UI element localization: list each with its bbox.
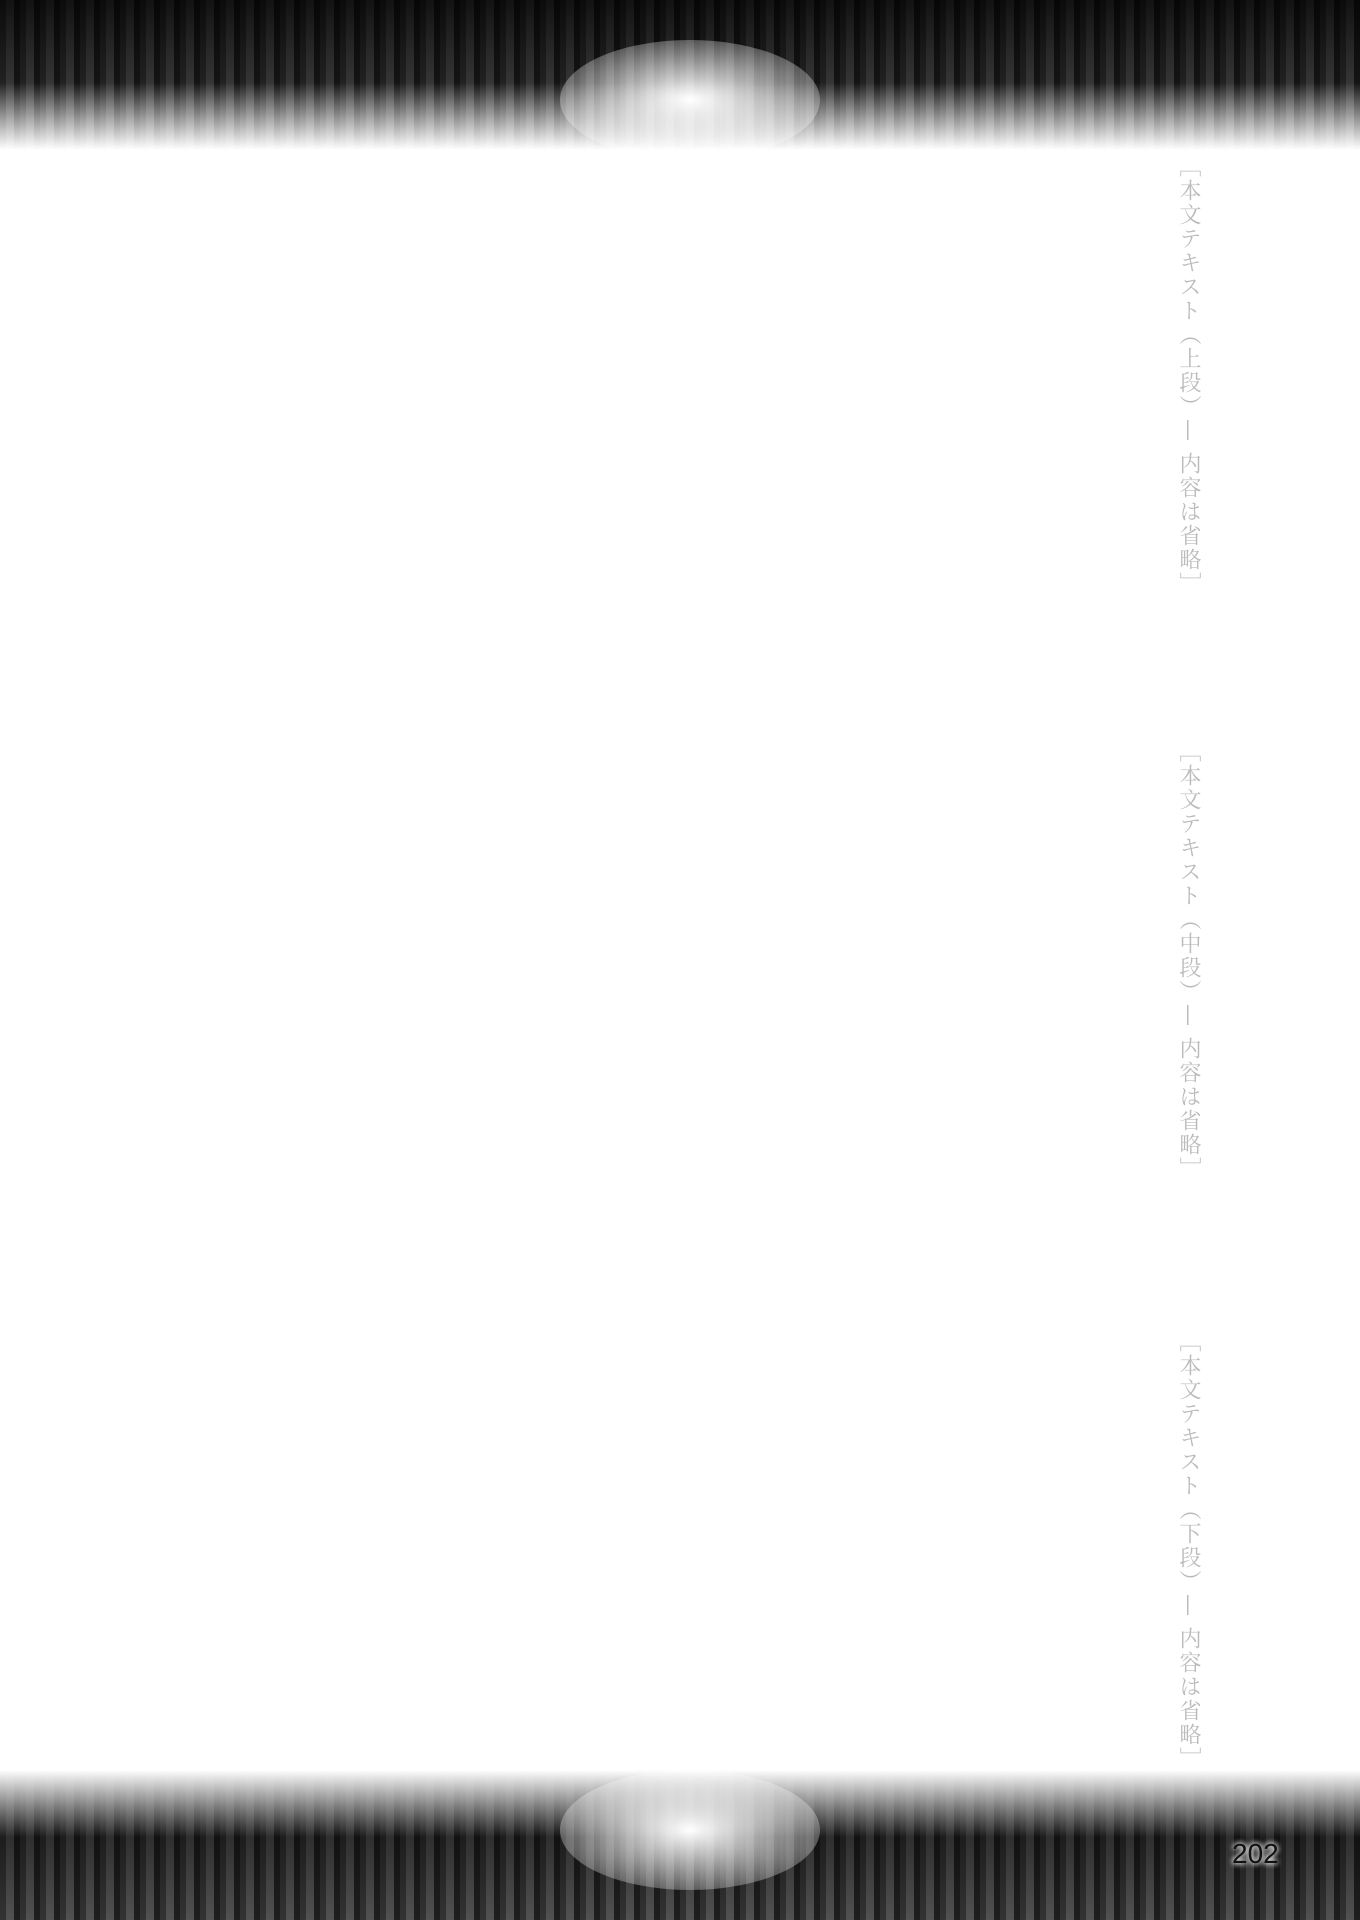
text-tier-upper: ［本文テキスト（上段）— 内容は省略］ [175,155,1205,700]
body-text-placeholder: ［本文テキスト（下段）— 内容は省略］ [1171,1330,1205,1830]
text-tier-middle: ［本文テキスト（中段）— 内容は省略］ [175,740,1205,1285]
header-glow [560,40,820,160]
footer-glow [560,1770,820,1890]
text-tier-lower: ［本文テキスト（下段）— 内容は省略］ [175,1330,1205,1830]
body-text-placeholder: ［本文テキスト（上段）— 内容は省略］ [1171,155,1205,700]
body-text-placeholder: ［本文テキスト（中段）— 内容は省略］ [1171,740,1205,1285]
page-number: 202 [1232,1838,1279,1870]
